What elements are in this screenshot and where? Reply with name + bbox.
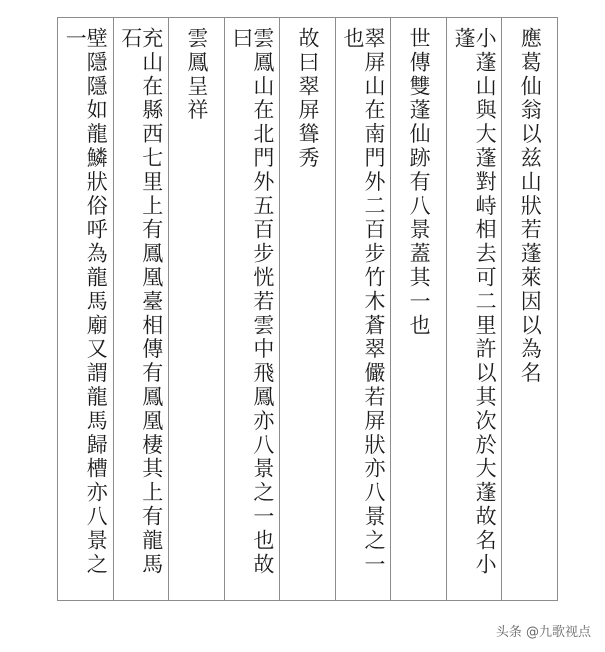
column-4: 翠屏山在南門外二百步竹木蒼翠儼若屏狀亦八景之一也 [335,18,391,600]
column-text: 世傳雙蓬仙跡有八景蓋其一也 [408,27,429,600]
column-text: 充山在縣西七里上有鳳凰臺相傳有鳳凰棲其上有龍馬石 [120,27,162,600]
column-1: 應葛仙翁以兹山狀若蓬萊因以為名 [501,18,557,600]
column-text: 翠屏山在南門外二百步竹木蒼翠儼若屏狀亦八景之一也 [342,27,384,600]
column-text: 雲鳳呈祥 [186,27,207,600]
column-7: 雲鳳呈祥 [168,18,224,600]
column-text: 小蓬山與大蓬對峙相去可二里許以其次於大蓬故名小蓬 [453,27,495,600]
column-6: 雲鳳山在北門外五百步恍若雲中飛鳳亦八景之一也故曰 [224,18,280,600]
column-2: 小蓬山與大蓬對峙相去可二里許以其次於大蓬故名小蓬 [446,18,502,600]
watermark: 头条 @九歌视点 [496,621,591,640]
column-text: 壁隱隱如龍鱗狀俗呼為龍馬廟又謂龍馬歸槽亦八景之一 [64,27,106,600]
column-3: 世傳雙蓬仙跡有八景蓋其一也 [390,18,446,600]
column-9: 壁隱隱如龍鱗狀俗呼為龍馬廟又謂龍馬歸槽亦八景之一 [58,18,113,600]
column-text: 雲鳳山在北門外五百步恍若雲中飛鳳亦八景之一也故曰 [231,27,273,600]
column-text: 應葛仙翁以兹山狀若蓬萊因以為名 [519,27,540,600]
column-text: 故曰翠屏聳秀 [297,27,318,600]
column-8: 充山在縣西七里上有鳳凰臺相傳有鳳凰棲其上有龍馬石 [113,18,169,600]
text-table: 應葛仙翁以兹山狀若蓬萊因以為名 小蓬山與大蓬對峙相去可二里許以其次於大蓬故名小蓬… [57,17,558,601]
column-5: 故曰翠屏聳秀 [279,18,335,600]
